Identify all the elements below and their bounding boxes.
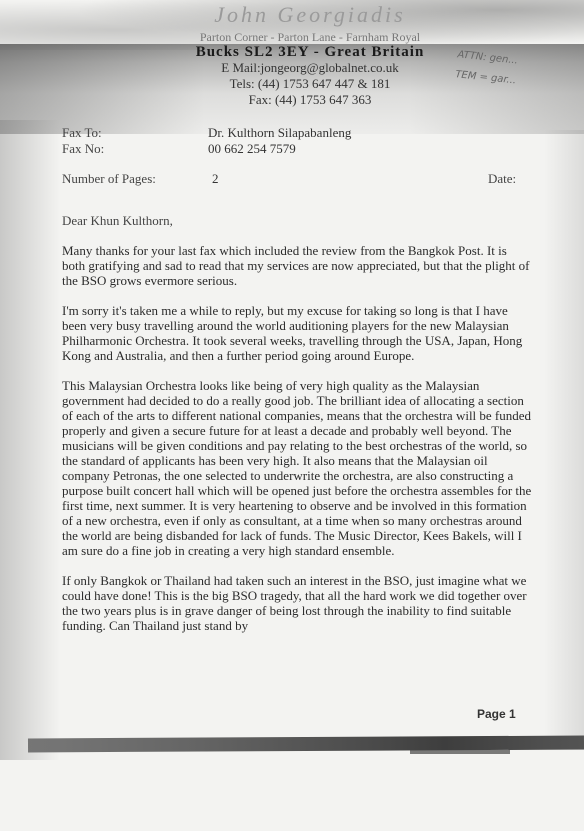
page-number: Page 1 bbox=[477, 707, 516, 721]
fax-to-value: Dr. Kulthorn Silapabanleng bbox=[208, 125, 351, 141]
fax-page: John Georgiadis Parton Corner - Parton L… bbox=[0, 0, 584, 831]
salutation: Dear Khun Kulthorn, bbox=[62, 213, 532, 228]
paragraph-3: This Malaysian Orchestra looks like bein… bbox=[62, 378, 532, 558]
scan-edge-mark bbox=[410, 750, 510, 754]
paragraph-2: I'm sorry it's taken me a while to reply… bbox=[62, 303, 532, 363]
sender-name: John Georgiadis bbox=[150, 2, 470, 28]
fax-no-value: 00 662 254 7579 bbox=[208, 141, 296, 157]
scan-noise-right bbox=[544, 130, 584, 750]
sender-tels: Tels: (44) 1753 647 447 & 181 bbox=[150, 76, 470, 92]
fax-to-label: Fax To: bbox=[62, 125, 102, 141]
pages-value: 2 bbox=[212, 171, 219, 187]
sender-email: E Mail:jongeorg@globalnet.co.uk bbox=[150, 60, 470, 76]
sender-city: Bucks SL2 3EY - Great Britain bbox=[150, 44, 470, 60]
pages-label: Number of Pages: bbox=[62, 171, 156, 187]
letterhead: John Georgiadis Parton Corner - Parton L… bbox=[150, 0, 470, 108]
paragraph-4: If only Bangkok or Thailand had taken su… bbox=[62, 573, 532, 633]
paragraph-1: Many thanks for your last fax which incl… bbox=[62, 243, 532, 288]
fax-no-label: Fax No: bbox=[62, 141, 104, 157]
scan-noise-left bbox=[0, 120, 60, 760]
letter-body: Dear Khun Kulthorn, Many thanks for your… bbox=[62, 213, 532, 648]
sender-street: Parton Corner - Parton Lane - Farnham Ro… bbox=[150, 30, 470, 44]
sender-fax: Fax: (44) 1753 647 363 bbox=[150, 92, 470, 108]
date-label: Date: bbox=[488, 171, 516, 187]
